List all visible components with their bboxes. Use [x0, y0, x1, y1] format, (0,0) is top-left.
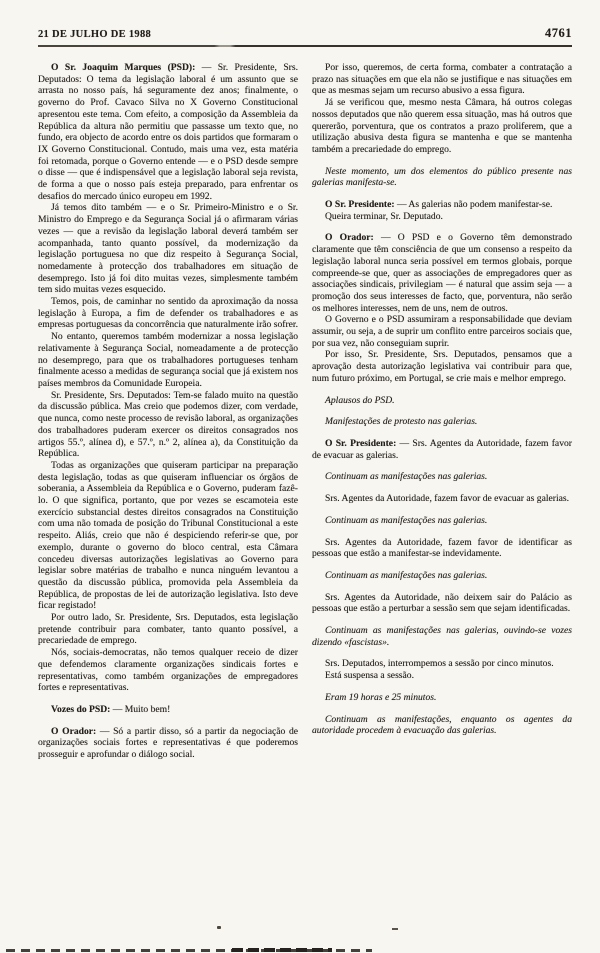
speaker-name: O Sr. Joaquim Marques (PSD): [51, 62, 195, 73]
stage-direction: Continuam as manifestações nas galerias. [312, 471, 572, 483]
stage-direction: Continuam as manifestações nas galerias. [312, 570, 572, 582]
paragraph: No entanto, queremos também modernizar a… [38, 331, 298, 390]
paragraph: Está suspensa a sessão. [312, 670, 572, 682]
speaker-name: O Orador: [325, 232, 374, 243]
right-column: Por isso, queremos, de certa forma, comb… [312, 62, 572, 761]
speaker-name: Vozes do PSD: [51, 704, 110, 715]
stage-direction: Eram 19 horas e 25 minutos. [312, 692, 572, 704]
paragraph: Temos, pois, de caminhar no sentido da a… [38, 296, 298, 331]
speech-paragraph: O Orador: — Só a partir disso, só a part… [38, 726, 298, 761]
paragraph: Srs. Agentes da Autoridade, fazem favor … [312, 493, 572, 505]
stage-direction: Continuam as manifestações nas galerias,… [312, 625, 572, 648]
paragraph: Srs. Agentes da Autoridade, não deixem s… [312, 592, 572, 615]
speech-paragraph: O Sr. Presidente: — As galerias não pode… [312, 199, 572, 211]
header-page-number: 4761 [545, 26, 572, 41]
page-header: 21 DE JULHO DE 1988 4761 [0, 0, 600, 41]
document-page: 21 DE JULHO DE 1988 4761 O Sr. Joaquim M… [0, 0, 600, 953]
stage-direction: Aplausos do PSD. [312, 395, 572, 407]
speaker-name: O Sr. Presidente: [325, 438, 396, 449]
paragraph: Queira terminar, Sr. Deputado. [312, 211, 572, 223]
speech-paragraph: O Sr. Joaquim Marques (PSD): — Sr. Presi… [38, 62, 298, 202]
article-body: O Sr. Joaquim Marques (PSD): — Sr. Presi… [0, 47, 600, 761]
scan-speck [217, 926, 221, 929]
paragraph: Sr. Presidente, Srs. Deputados: Tem-se f… [38, 390, 298, 460]
stage-direction: Continuam as manifestações nas galerias. [312, 515, 572, 527]
paragraph: Por isso, queremos, de certa forma, comb… [312, 62, 572, 97]
stage-direction: Manifestações de protesto nas galerias. [312, 416, 572, 428]
speech-paragraph: Vozes do PSD: — Muito bem! [38, 704, 298, 716]
scan-speck [392, 928, 398, 930]
paragraph: Por isso, Sr. Presidente, Srs. Deputados… [312, 349, 572, 384]
speaker-name: O Sr. Presidente: [325, 199, 395, 210]
paragraph: Já se verificou que, mesmo nesta Câmara,… [312, 97, 572, 156]
left-column: O Sr. Joaquim Marques (PSD): — Sr. Presi… [38, 62, 298, 761]
paragraph: Já temos dito também — e o Sr. Primeiro-… [38, 202, 298, 296]
scan-edge-artifact-dark [232, 948, 332, 952]
stage-direction: Continuam as manifestações, enquanto os … [312, 714, 572, 737]
speech-paragraph: O Sr. Presidente: — Srs. Agentes da Auto… [312, 438, 572, 461]
paragraph: Nós, sociais-democratas, não temos qualq… [38, 647, 298, 694]
speech-paragraph: O Orador: — O PSD e o Governo têm demons… [312, 232, 572, 314]
stage-direction: Neste momento, um dos elementos do públi… [312, 166, 572, 189]
speaker-name: O Orador: [51, 726, 96, 737]
paragraph: Por outro lado, Sr. Presidente, Srs. Dep… [38, 612, 298, 647]
header-date: 21 DE JULHO DE 1988 [38, 29, 151, 40]
paragraph: Srs. Deputados, interrompemos a sessão p… [312, 658, 572, 670]
paragraph: Srs. Agentes da Autoridade, fazem favor … [312, 537, 572, 560]
paragraph: O Governo e o PSD assumiram a responsabi… [312, 314, 572, 349]
paragraph: Todas as organizações que quiseram parti… [38, 460, 298, 612]
